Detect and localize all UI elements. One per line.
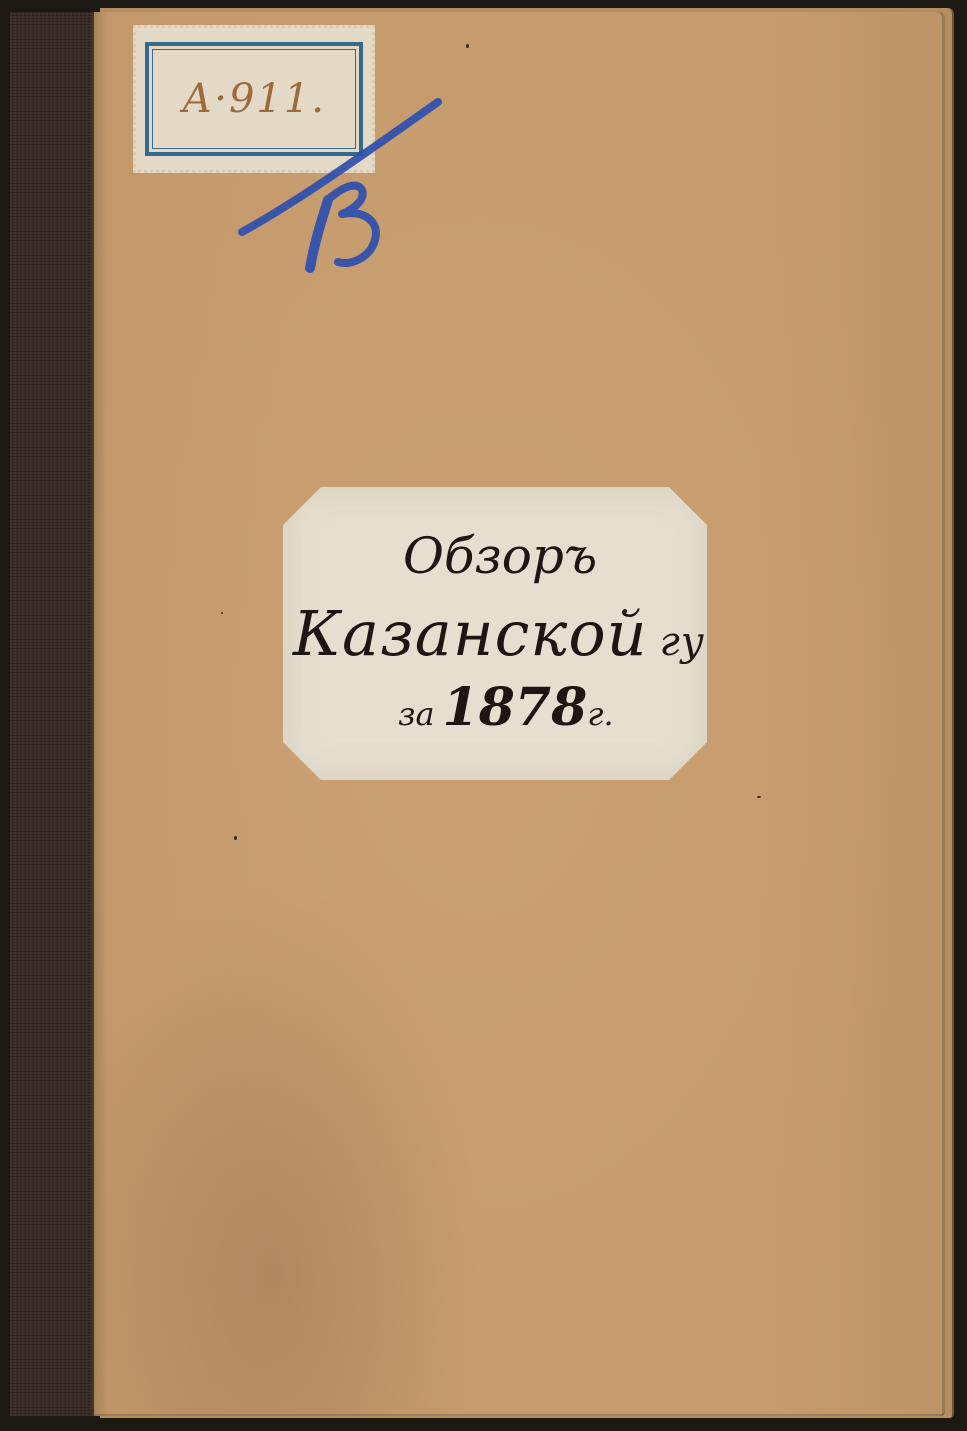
province-name: Казанской bbox=[293, 597, 648, 670]
title-label: Обзоръ Казанскойгуб. за1878г. bbox=[283, 487, 707, 780]
year-value: 1878 bbox=[443, 677, 588, 738]
ink-speck bbox=[466, 44, 469, 48]
blue-pencil-mark bbox=[230, 90, 460, 290]
year-suffix: г. bbox=[587, 695, 613, 733]
spine-edge-shadow bbox=[92, 12, 108, 1416]
ink-speck bbox=[757, 796, 761, 798]
cloth-spine bbox=[10, 12, 94, 1416]
scanned-document: А·911. Обзоръ Казанскойгуб. за1878г. bbox=[0, 0, 967, 1431]
year-prefix: за bbox=[398, 695, 435, 733]
ink-speck bbox=[221, 612, 223, 614]
title-line-province: Казанскойгуб. bbox=[293, 597, 717, 670]
ink-speck bbox=[234, 836, 237, 840]
